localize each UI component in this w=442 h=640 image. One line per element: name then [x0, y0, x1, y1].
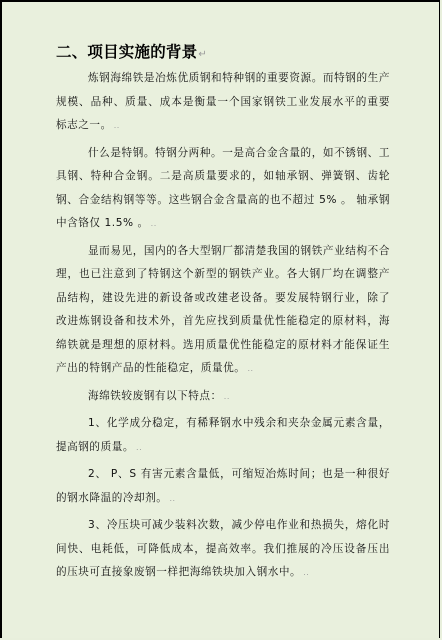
paragraph-mark-icon: ..: [303, 568, 309, 577]
paragraph-4: 海绵铁较废钢有以下特点：..: [56, 385, 390, 409]
paragraph-2: 什么是特钢。特钢分两种。一是高合金含量的，如不锈钢、工具钢、特种合金钢。二是高质…: [56, 142, 390, 236]
paragraph-mark-icon: ..: [151, 219, 157, 228]
paragraph-1: 炼钢海绵铁是冶炼优质钢和特种钢的重要资源。而特钢的生产规模、品种、质量、成本是衡…: [56, 67, 390, 138]
document-page: 二、项目实施的背景↵ 炼钢海绵铁是冶炼优质钢和特种钢的重要资源。而特钢的生产规模…: [0, 0, 440, 638]
paragraph-3: 显而易见，国内的各大型钢厂都清楚我国的钢铁产业结构不合理，也已注意到了特钢这个新…: [56, 240, 390, 381]
paragraph-mark-icon: ↵: [198, 49, 207, 60]
document-body: 二、项目实施的背景↵ 炼钢海绵铁是冶炼优质钢和特种钢的重要资源。而特钢的生产规模…: [56, 42, 390, 589]
paragraph-6: 2、 P、S 有害元素含量低，可缩短冶炼时间；也是一种很好的钢水降温的冷却剂。.…: [56, 463, 390, 510]
paragraph-mark-icon: ..: [136, 443, 142, 452]
paragraph-mark-icon: ..: [169, 494, 175, 503]
paragraph-mark-icon: ..: [224, 392, 230, 401]
paragraph-5: 1、化学成分稳定，有稀释钢水中残余和夹杂金属元素含量，提高钢的质量。..: [56, 412, 390, 459]
paragraph-7: 3、冷压块可减少装料次数，减少停电作业和热损失，熔化时间快、电耗低，可降低成本，…: [56, 514, 390, 585]
heading-text: 二、项目实施的背景: [56, 43, 197, 61]
paragraph-mark-icon: ..: [247, 364, 253, 373]
paragraph-mark-icon: ..: [114, 121, 120, 130]
section-heading: 二、项目实施的背景↵: [56, 42, 390, 65]
